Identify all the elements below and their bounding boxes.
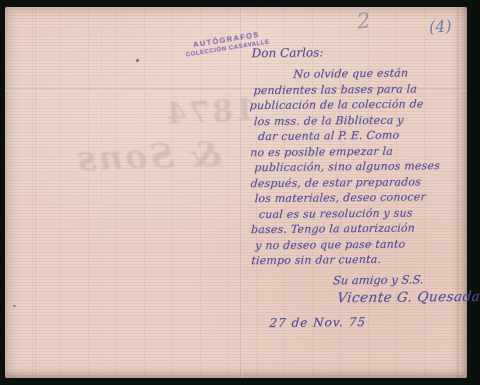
page-number: (4) <box>428 16 452 37</box>
fold-crease-vertical <box>240 7 243 378</box>
letter-body: No olvide que están pendientes las bases… <box>249 65 469 269</box>
fold-crease-vertical-left <box>101 7 103 378</box>
letter-line: publicación de la colección de <box>249 96 468 114</box>
signature: Vicente G. Quesada <box>336 288 470 305</box>
date-line: 27 de Nov. 75 <box>269 313 470 329</box>
pencil-number: 2 <box>356 8 372 33</box>
paper-texture-line <box>35 7 36 378</box>
closing: Su amigo y S.S. <box>332 271 469 286</box>
letter-line: dar cuenta al P. E. Como <box>258 127 469 145</box>
letter-paper: 1874 & Sons AUTÓGRAFOS COLECCIÓN CASAVAL… <box>5 7 467 378</box>
watermark-maker: & Sons <box>52 134 243 181</box>
salutation: Don Carlos: <box>252 44 467 60</box>
letter-line: No olvide que están <box>293 65 468 82</box>
letter-line: publicación, sino algunos meses <box>254 158 469 176</box>
paper-stain <box>13 305 16 307</box>
letter-line: bases. Tengo la autorización <box>251 220 470 238</box>
handwritten-letter: Don Carlos: No olvide que están pendient… <box>249 44 470 330</box>
ink-speck <box>136 59 139 62</box>
letter-line: los materiales, deseo conocer <box>254 189 469 207</box>
letter-line: tiempo sin dar cuenta. <box>251 251 470 269</box>
